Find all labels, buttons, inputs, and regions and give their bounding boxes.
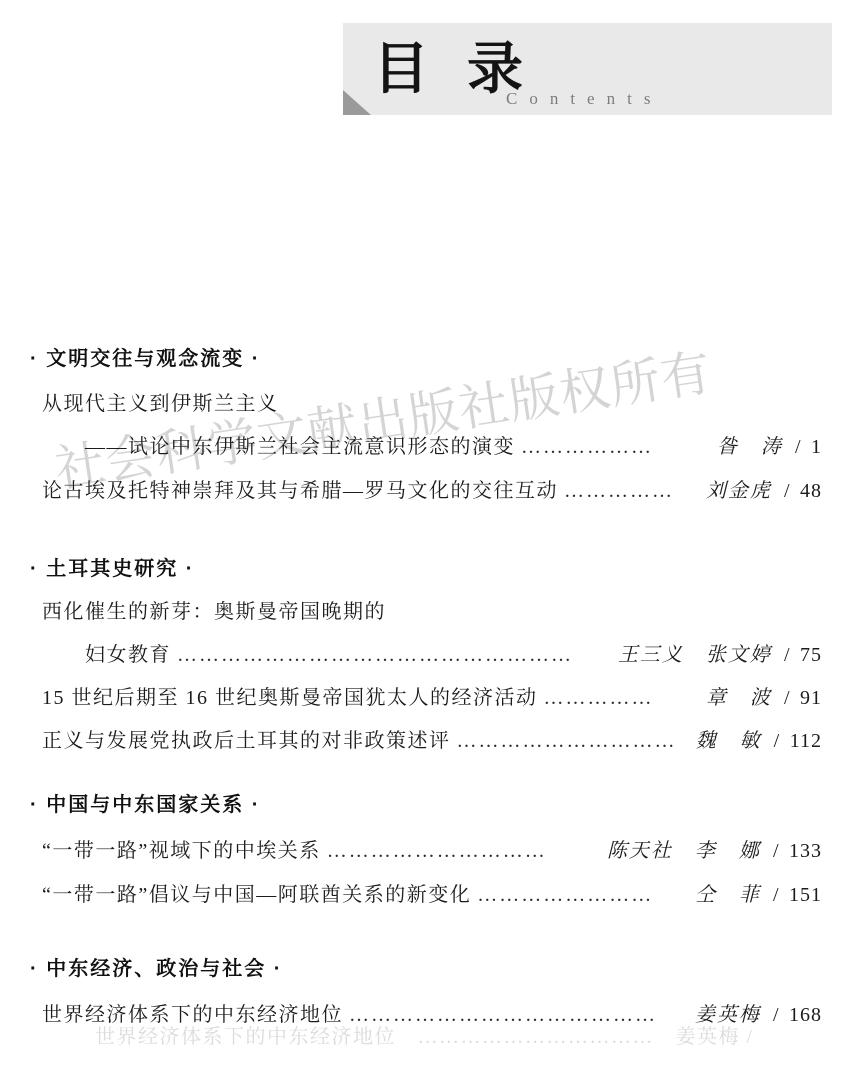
entry-title: 从现代主义到伊斯兰主义 <box>42 391 279 417</box>
page-separator: / <box>774 728 781 754</box>
entry-title: ——试论中东伊斯兰社会主流意识形态的演变 <box>85 434 515 460</box>
entry-authors: 王三义 张文婷 <box>618 642 772 668</box>
entry-page-number: 112 <box>790 728 822 754</box>
entry-authors: 章 波 <box>706 685 772 711</box>
entry-page-number: 1 <box>811 434 822 460</box>
toc-entry: 妇女教育 ……………………………………………… 王三义 张文婷 / 75 <box>85 642 822 668</box>
page-title-english: Contents <box>506 89 662 109</box>
entry-title: 15 世纪后期至 16 世纪奥斯曼帝国犹太人的经济活动 <box>42 685 538 711</box>
entry-authors: 姜英梅 <box>695 1002 761 1028</box>
entry-page-number: 168 <box>789 1002 822 1028</box>
dot-leader: …………………………………… <box>349 1002 689 1028</box>
toc-entry: ——试论中东伊斯兰社会主流意识形态的演变 ……………… 昝 涛 / 1 <box>85 434 822 460</box>
entry-title: “一带一路”视域下的中埃关系 <box>42 838 321 864</box>
page-separator: / <box>784 478 791 504</box>
section-header: · 中东经济、政治与社会 · <box>30 956 282 982</box>
toc-entry: “一带一路”视域下的中埃关系 ………………………… 陈天社 李 娜 / 133 <box>42 838 822 864</box>
entry-title: 西化催生的新芽：奥斯曼帝国晚期的 <box>42 599 386 625</box>
toc-entry: “一带一路”倡议与中国—阿联酋关系的新变化 …………………… 仝 菲 / 151 <box>42 882 822 908</box>
header-banner: 目 录 Contents <box>343 23 832 115</box>
section-header: · 文明交往与观念流变 · <box>30 346 260 372</box>
entry-title: 妇女教育 <box>85 642 171 668</box>
entry-title: 正义与发展党执政后土耳其的对非政策述评 <box>42 728 451 754</box>
dot-leader: ……………… <box>521 434 711 460</box>
entry-page-number: 133 <box>789 838 822 864</box>
toc-entry-title-line: 西化催生的新芽：奥斯曼帝国晚期的 <box>42 599 822 625</box>
dot-leader: …………… <box>564 478 700 504</box>
toc-entry-title-line: 从现代主义到伊斯兰主义 <box>42 391 822 417</box>
page-separator: / <box>784 685 791 711</box>
entry-title: 世界经济体系下的中东经济地位 <box>42 1002 343 1028</box>
dot-leader: ………………………… <box>327 838 601 864</box>
page-separator: / <box>773 882 780 908</box>
section-header: · 中国与中东国家关系 · <box>30 792 260 818</box>
section-header: · 土耳其史研究 · <box>30 556 194 582</box>
page-separator: / <box>784 642 791 668</box>
toc-page: 社会科学文献出版社版权所有 世界经济体系下的中东经济地位 ……………………………… <box>0 0 846 1071</box>
page-separator: / <box>773 838 780 864</box>
dot-leader: ……………………………………………… <box>177 642 612 668</box>
toc-entry: 论古埃及托特神崇拜及其与希腊—罗马文化的交往互动 …………… 刘金虎 / 48 <box>42 478 822 504</box>
entry-authors: 刘金虎 <box>706 478 772 504</box>
dot-leader: …………………… <box>477 882 689 908</box>
entry-page-number: 91 <box>800 685 822 711</box>
page-separator: / <box>795 434 802 460</box>
entry-title: 论古埃及托特神崇拜及其与希腊—罗马文化的交往互动 <box>42 478 558 504</box>
entry-page-number: 48 <box>800 478 822 504</box>
dot-leader: ………………………… <box>457 728 690 754</box>
page-separator: / <box>773 1002 780 1028</box>
entry-page-number: 151 <box>789 882 822 908</box>
dot-leader: …………… <box>544 685 700 711</box>
entry-authors: 陈天社 李 娜 <box>607 838 761 864</box>
toc-entry: 15 世纪后期至 16 世纪奥斯曼帝国犹太人的经济活动 …………… 章 波 / … <box>42 685 822 711</box>
entry-authors: 昝 涛 <box>717 434 783 460</box>
toc-entry: 正义与发展党执政后土耳其的对非政策述评 ………………………… 魏 敏 / 112 <box>42 728 822 754</box>
toc-entry: 世界经济体系下的中东经济地位 …………………………………… 姜英梅 / 168 <box>42 1002 822 1028</box>
entry-page-number: 75 <box>800 642 822 668</box>
page-title: 目 录 <box>373 39 523 101</box>
entry-title: “一带一路”倡议与中国—阿联酋关系的新变化 <box>42 882 471 908</box>
entry-authors: 魏 敏 <box>696 728 762 754</box>
entry-authors: 仝 菲 <box>695 882 761 908</box>
